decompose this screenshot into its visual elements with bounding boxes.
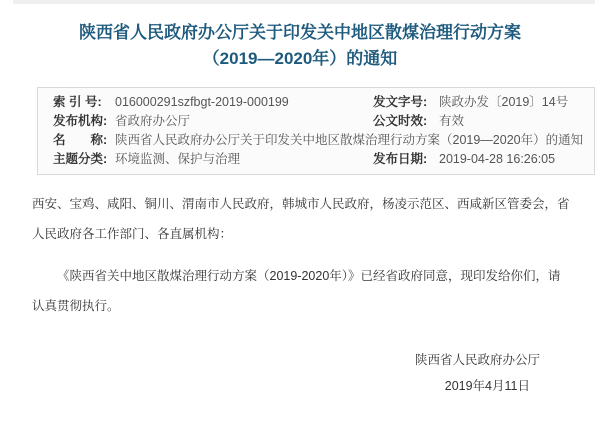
index-number-value: 016000291szfbgt-2019-000199 <box>115 93 373 112</box>
publish-date-value: 2019-04-28 16:26:05 <box>439 150 594 169</box>
doc-name-label: 名 称: <box>53 131 115 150</box>
page-title-line-1: 陕西省人民政府办公厅关于印发关中地区散煤治理行动方案 <box>30 20 570 46</box>
salutation-line-2: 人民政府各工作部门、各直属机构： <box>32 219 570 249</box>
topic-category-label: 主题分类: <box>53 150 115 169</box>
signature-organization: 陕西省人民政府办公厅 <box>32 347 570 373</box>
signature-date: 2019年4月11日 <box>32 373 570 399</box>
doc-number-value: 陕政办发〔2019〕14号 <box>439 93 594 112</box>
page-title: 陕西省人民政府办公厅关于印发关中地区散煤治理行动方案 （2019—2020年）的… <box>30 20 570 72</box>
metadata-row: 索 引 号: 016000291szfbgt-2019-000199 发文字号:… <box>53 93 594 112</box>
validity-label: 公文时效: <box>373 112 439 131</box>
topic-category-value: 环境监测、保护与治理 <box>115 150 373 169</box>
signature-block: 陕西省人民政府办公厅 2019年4月11日 <box>32 347 570 399</box>
body-paragraph-line-1: 《陕西省关中地区散煤治理行动方案（2019-2020年）》已经省政府同意，现印发… <box>32 261 570 291</box>
metadata-row: 主题分类: 环境监测、保护与治理 发布日期: 2019-04-28 16:26:… <box>53 150 594 169</box>
issuing-agency-value: 省政府办公厅 <box>115 112 373 131</box>
page-title-line-2: （2019—2020年）的通知 <box>30 46 570 72</box>
metadata-row: 发布机构: 省政府办公厅 公文时效: 有效 <box>53 112 594 131</box>
document-metadata-table: 索 引 号: 016000291szfbgt-2019-000199 发文字号:… <box>37 87 595 175</box>
doc-name-value: 陕西省人民政府办公厅关于印发关中地区散煤治理行动方案（2019—2020年）的通… <box>115 131 594 150</box>
validity-value: 有效 <box>439 112 594 131</box>
metadata-row: 名 称: 陕西省人民政府办公厅关于印发关中地区散煤治理行动方案（2019—202… <box>53 131 594 150</box>
top-divider-strip <box>13 0 595 4</box>
salutation-line-1: 西安、宝鸡、咸阳、铜川、渭南市人民政府，韩城市人民政府，杨凌示范区、西咸新区管委… <box>32 189 570 219</box>
issuing-agency-label: 发布机构: <box>53 112 115 131</box>
doc-number-label: 发文字号: <box>373 93 439 112</box>
body-paragraph-line-2: 认真贯彻执行。 <box>32 291 570 321</box>
document-body: 西安、宝鸡、咸阳、铜川、渭南市人民政府，韩城市人民政府，杨凌示范区、西咸新区管委… <box>32 189 570 399</box>
publish-date-label: 发布日期: <box>373 150 439 169</box>
index-number-label: 索 引 号: <box>53 93 115 112</box>
